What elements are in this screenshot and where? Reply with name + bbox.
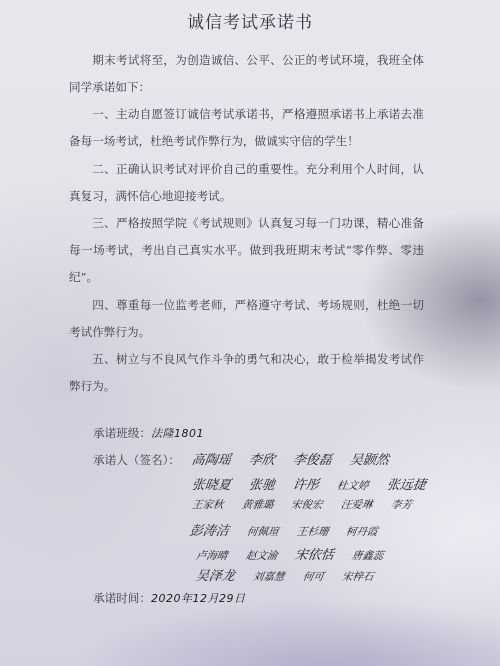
signature: 卢海晴 (195, 548, 229, 563)
signature: 汪爱琳 (340, 497, 374, 512)
pledge-item-3: 三、严格按照学院《考试规则》认真复习每一门功课，精心准备每一场考试，考出自己真实… (69, 210, 424, 291)
pledge-item-text: 五、树立与不良风气作斗争的勇气和决心，敢于检举揭发考试作弊行为。 (69, 352, 424, 393)
signature: 李俊磊 (292, 449, 334, 468)
signature-row: 王家秋 黄雅璐 宋俊宏 汪爱琳 李芳 (192, 497, 426, 512)
pledge-item-text: 四、尊重每一位监考老师，严格遵守考试、考场规则，杜绝一切考试作弊行为。 (69, 298, 424, 339)
signature: 张驰 (248, 474, 277, 493)
pledge-item-text: 三、严格按照学院《考试规则》认真复习每一门功课，精心准备每一场考试，考出自己真实… (69, 216, 424, 284)
signature: 李欣 (248, 449, 277, 468)
signer-label: 承诺人（签名）： (93, 453, 180, 467)
signature-row: 彭涛洁 何佩瑄 王杉珊 柯丹霞 (190, 520, 392, 539)
signature: 吴泽龙 (195, 565, 237, 584)
signature-row: 高陶瑶 李欣 李俊磊 吴颢然 (192, 449, 403, 468)
signature: 吴颢然 (349, 449, 391, 468)
signature: 张远捷 (386, 474, 428, 493)
pledge-item-2: 二、正确认识考试对评价自己的重要性。充分利用个人时间，认真复习，满怀信心地迎接考… (69, 156, 424, 210)
signature: 高陶瑶 (191, 449, 233, 468)
signature: 何佩瑄 (246, 524, 280, 539)
signature: 刘嘉慧 (252, 569, 286, 584)
signature: 宋梓石 (341, 569, 375, 584)
signature: 杜文婷 (336, 478, 370, 493)
signature: 唐鑫蕊 (351, 548, 385, 563)
pledge-item-1: 一、主动自愿签订诚信考试承诺书，严格遵照承诺书上承诺去准备每一场考试，杜绝考试作… (69, 101, 424, 155)
document-title: 诚信考试承诺书 (0, 8, 500, 33)
signature: 王家秋 (191, 497, 225, 512)
time-field: 承诺时间：2020年12月29日 (93, 590, 245, 606)
class-field: 承诺班级：法隆1801 (93, 425, 204, 441)
signature: 宋依恬 (294, 544, 336, 563)
pledge-item-4: 四、尊重每一位监考老师，严格遵守考试、考场规则，杜绝一切考试作弊行为。 (69, 292, 424, 346)
signature: 何可 (302, 569, 325, 584)
signer-field: 承诺人（签名）： (93, 452, 180, 468)
pledge-item-5: 五、树立与不良风气作斗争的勇气和决心，敢于检举揭发考试作弊行为。 (69, 346, 424, 400)
signature: 许彤 (292, 474, 321, 493)
time-value-handwritten: 2020年12月29日 (151, 592, 246, 605)
intro-text: 期末考试将至，为创造诚信、公平、公正的考试环境，我班全体同学承诺如下： (69, 53, 424, 94)
class-label: 承诺班级： (93, 426, 151, 440)
signature: 彭涛洁 (189, 520, 231, 539)
class-value-handwritten: 法隆1801 (151, 427, 204, 440)
signature: 赵文渝 (245, 548, 279, 563)
pledge-item-text: 二、正确认识考试对评价自己的重要性。充分利用个人时间，认真复习，满怀信心地迎接考… (69, 162, 424, 203)
signature: 宋俊宏 (290, 497, 324, 512)
signature-row: 张晓夏 张驰 许彤 杜文婷 张远捷 (192, 474, 440, 493)
signature: 柯丹霞 (345, 524, 379, 539)
time-label: 承诺时间： (93, 591, 151, 605)
signature: 张晓夏 (191, 474, 233, 493)
pledge-item-text: 一、主动自愿签订诚信考试承诺书，严格遵照承诺书上承诺去准备每一场考试，杜绝考试作… (69, 107, 424, 148)
signature-row: 卢海晴 赵文渝 宋依恬 唐鑫蕊 (196, 544, 398, 563)
intro-paragraph: 期末考试将至，为创造诚信、公平、公正的考试环境，我班全体同学承诺如下： (69, 47, 424, 101)
signature: 李芳 (390, 497, 413, 512)
document-page: 诚信考试承诺书 期末考试将至，为创造诚信、公平、公正的考试环境，我班全体同学承诺… (0, 0, 500, 666)
signature-row: 吴泽龙 刘嘉慧 何可 宋梓石 (196, 565, 387, 584)
signature: 王杉珊 (296, 524, 330, 539)
signature: 黄雅璐 (241, 497, 275, 512)
